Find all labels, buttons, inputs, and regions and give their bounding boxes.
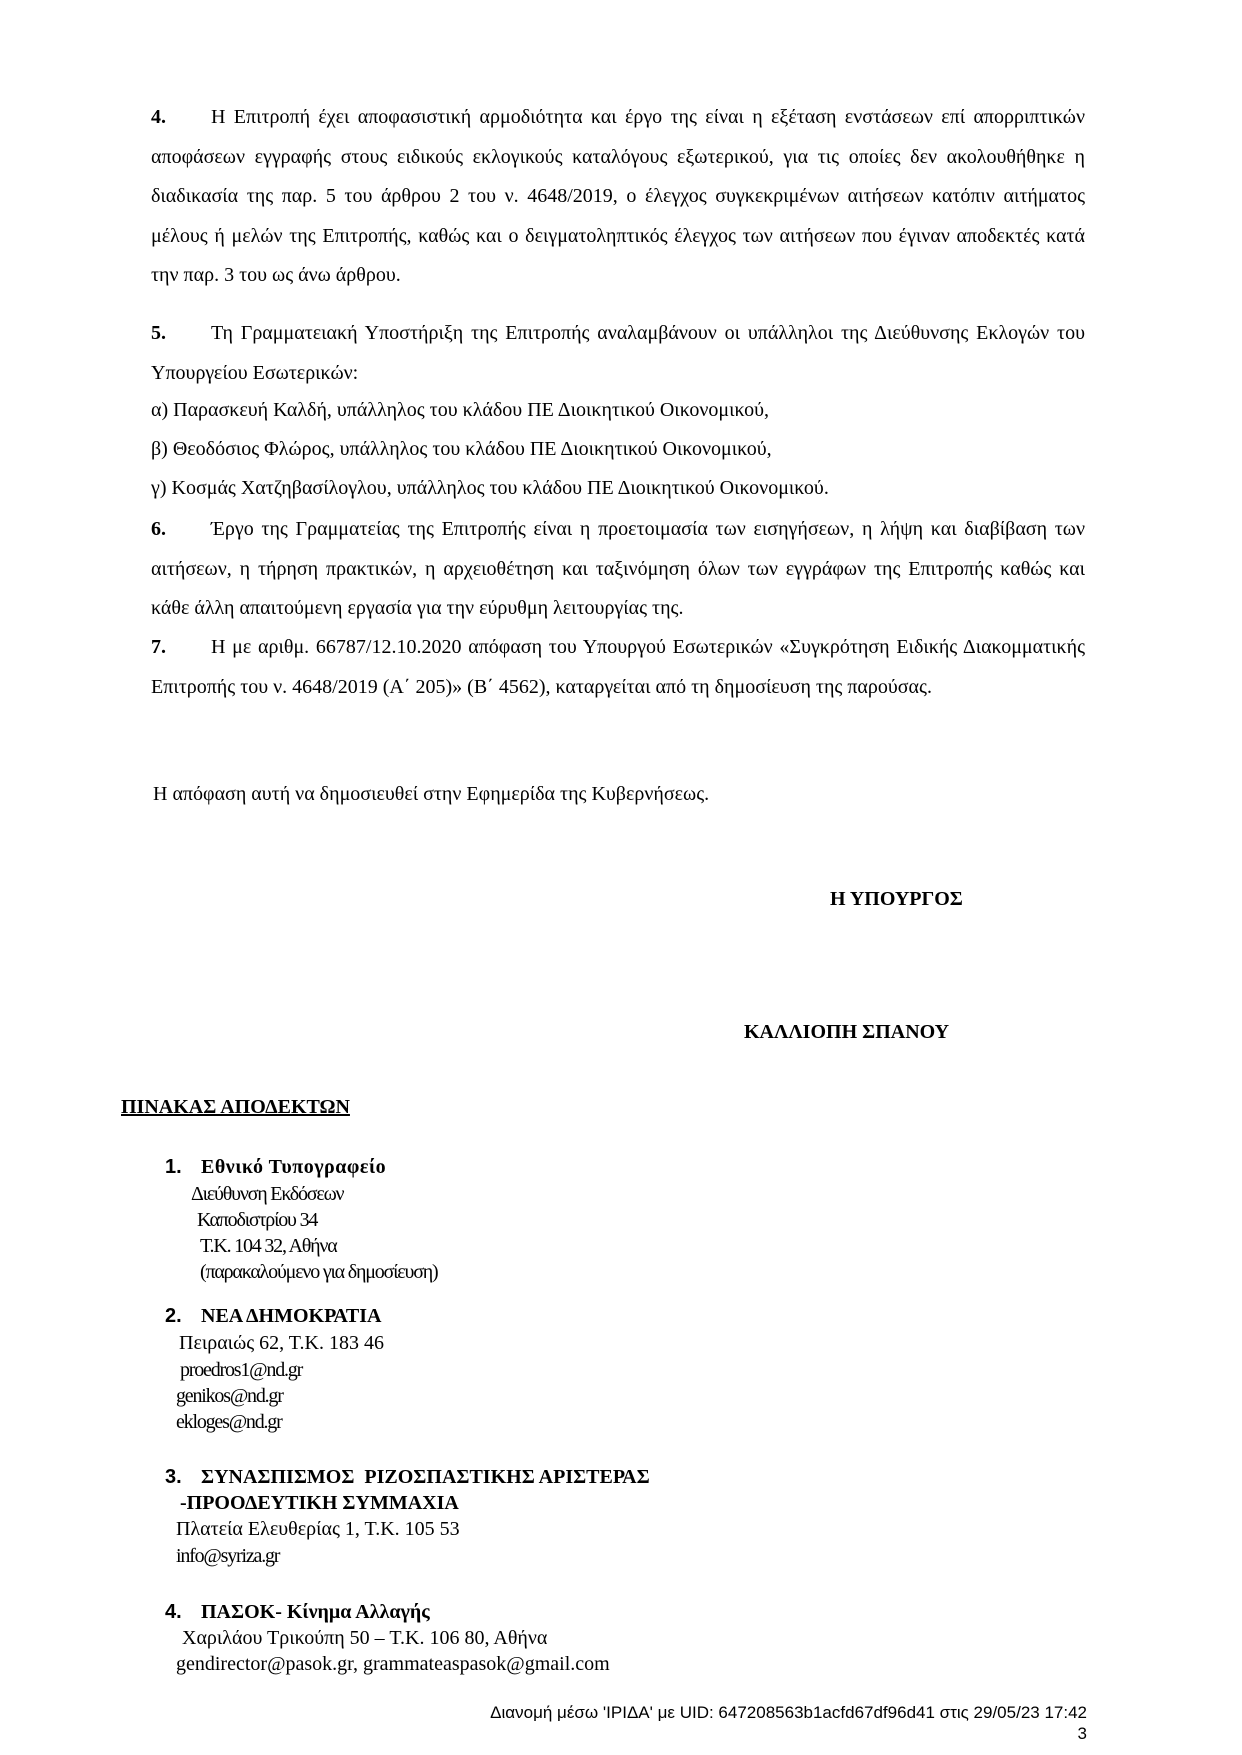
paragraph-text: Έργο της Γραμματείας της Επιτροπής είναι… <box>151 518 1085 619</box>
recipient-email: genikos@nd.gr <box>176 1385 283 1408</box>
recipient-number: 4. <box>165 1601 182 1624</box>
recipient-name: ΣΥΝΑΣΠΙΣΜΟΣ ΡΙΖΟΣΠΑΣΤΙΚΗΣ ΑΡΙΣΤΕΡΑΣ <box>201 1466 650 1489</box>
staff-item: α) Παρασκευή Καλδή, υπάλληλος του κλάδου… <box>151 398 769 422</box>
paragraph-number: 6. <box>151 510 211 550</box>
paragraph-number: 7. <box>151 628 211 668</box>
recipients-title: ΠΙΝΑΚΑΣ ΑΠΟΔΕΚΤΩΝ <box>121 1096 350 1119</box>
recipient-email: proedros1@nd.gr <box>180 1359 302 1382</box>
paragraph-4: 4.Η Επιτροπή έχει αποφασιστική αρμοδιότη… <box>151 98 1085 296</box>
recipient-name-continued: -ΠΡΟΟΔΕΥΤΙΚΗ ΣΥΜΜΑΧΙΑ <box>180 1492 459 1515</box>
paragraph-5: 5.Τη Γραμματειακή Υποστήριξη της Επιτροπ… <box>151 314 1085 393</box>
distribution-stamp: Διανομή μέσω 'ΙΡΙΔΑ' με UID: 647208563b1… <box>490 1702 1087 1723</box>
recipient-line: Χαριλάου Τρικούπη 50 – Τ.Κ. 106 80, Αθήν… <box>182 1627 547 1650</box>
recipient-number: 1. <box>165 1156 182 1179</box>
document-page: 4.Η Επιτροπή έχει αποφασιστική αρμοδιότη… <box>0 0 1242 1755</box>
recipient-name: ΝΕΑ ΔΗΜΟΚΡΑΤΙΑ <box>201 1305 381 1328</box>
paragraph-text: Η με αριθμ. 66787/12.10.2020 απόφαση του… <box>151 636 1085 698</box>
distribution-footer: Διανομή μέσω 'ΙΡΙΔΑ' με UID: 647208563b1… <box>490 1702 1087 1744</box>
recipient-email: gendirector@pasok.gr, grammateaspasok@gm… <box>176 1653 610 1676</box>
recipient-line: Πειραιώς 62, Τ.Κ. 183 46 <box>179 1332 384 1355</box>
recipient-email: ekloges@nd.gr <box>176 1411 282 1434</box>
recipient-name: Εθνικό Τυπογραφείο <box>201 1156 386 1179</box>
recipient-line: Καποδιστρίου 34 <box>197 1209 317 1232</box>
paragraph-text: Τη Γραμματειακή Υποστήριξη της Επιτροπής… <box>151 322 1085 384</box>
recipient-number: 3. <box>165 1466 182 1489</box>
staff-item: β) Θεοδόσιος Φλώρος, υπάλληλος του κλάδο… <box>151 437 772 461</box>
signature-name: ΚΑΛΛΙΟΠΗ ΣΠΑΝΟΥ <box>744 1021 949 1044</box>
page-number: 3 <box>490 1723 1087 1744</box>
recipient-line: Τ.Κ. 104 32, Αθήνα <box>200 1235 336 1258</box>
signature-title: Η ΥΠΟΥΡΓΟΣ <box>830 888 963 911</box>
paragraph-7: 7.Η με αριθμ. 66787/12.10.2020 απόφαση τ… <box>151 628 1085 707</box>
recipient-number: 2. <box>165 1305 182 1328</box>
recipient-line: Διεύθυνση Εκδόσεων <box>191 1183 343 1206</box>
paragraph-number: 5. <box>151 314 211 354</box>
publication-note: Η απόφαση αυτή να δημοσιευθεί στην Εφημε… <box>153 782 709 806</box>
recipient-line: Πλατεία Ελευθερίας 1, Τ.Κ. 105 53 <box>176 1518 460 1541</box>
recipient-line: (παρακαλούμενο για δημοσίευση) <box>200 1261 438 1284</box>
recipient-name: ΠΑΣΟΚ- Κίνημα Αλλαγής <box>201 1601 430 1624</box>
paragraph-text: Η Επιτροπή έχει αποφασιστική αρμοδιότητα… <box>151 106 1085 286</box>
paragraph-6: 6.Έργο της Γραμματείας της Επιτροπής είν… <box>151 510 1085 629</box>
paragraph-number: 4. <box>151 98 211 138</box>
staff-item: γ) Κοσμάς Χατζηβασίλογλου, υπάλληλος του… <box>151 476 829 500</box>
recipient-email: info@syriza.gr <box>176 1545 279 1568</box>
